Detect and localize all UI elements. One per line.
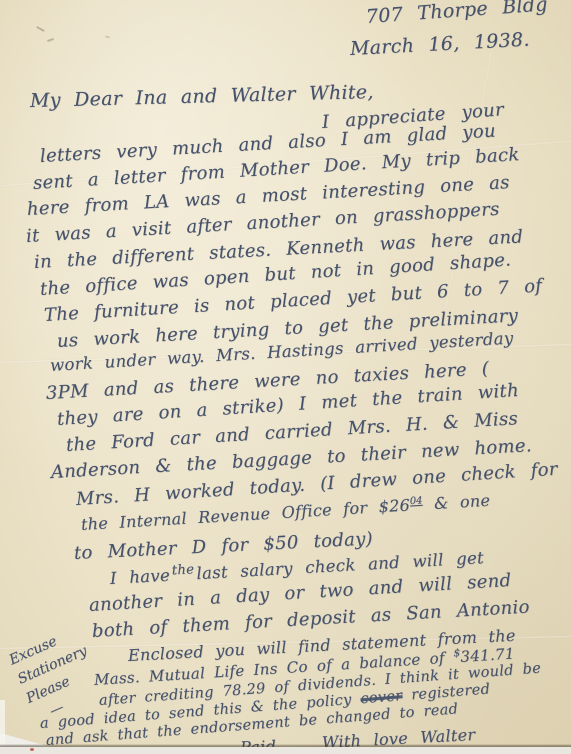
line-text: I have (109, 566, 170, 588)
pencil-smudge (105, 36, 110, 39)
address-text: 707 Thorpe Bldg (365, 0, 548, 28)
inserted-word: the (171, 562, 194, 578)
ink-speck (30, 748, 34, 751)
struck-out-word: cover (360, 688, 403, 707)
pencil-smudge (36, 26, 45, 32)
pencil-smudge (47, 38, 54, 42)
scanner-background (0, 747, 571, 754)
heading-address: 707 Thorpe Bldg (365, 0, 548, 28)
salutation: My Dear Ina and Walter White, (30, 81, 374, 112)
superscript-cents: 04 (410, 495, 423, 507)
heading-date: March 16, 1938. (349, 29, 530, 60)
line-text: & one (422, 491, 491, 514)
letter-scan: 707 Thorpe Bldg March 16, 1938. My Dear … (0, 0, 571, 754)
salutation-text: My Dear Ina and Walter White, (30, 81, 374, 112)
date-text: March 16, 1938. (349, 29, 530, 60)
